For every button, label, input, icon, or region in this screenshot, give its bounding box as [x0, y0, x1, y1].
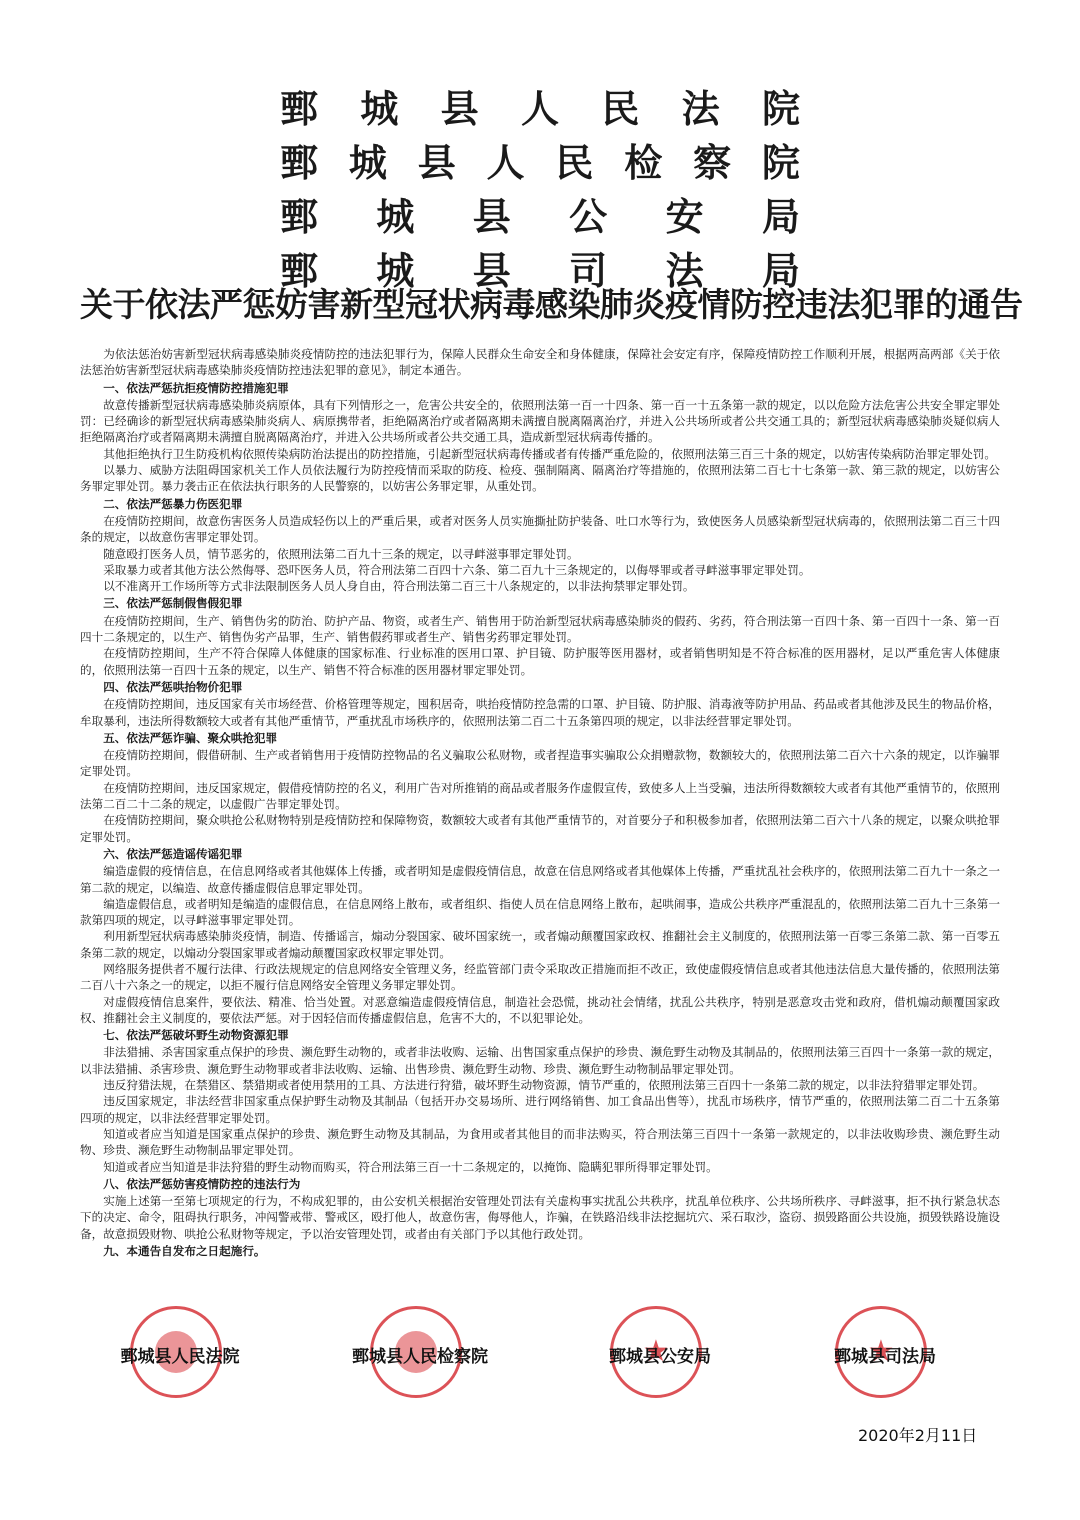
section-heading: 三、依法严惩制假售假犯罪	[80, 595, 1000, 611]
issuer-char: 民	[555, 136, 593, 190]
section-paragraph: 随意殴打医务人员，情节恶劣的，依照刑法第二百九十三条的规定，以寻衅滋事罪定罪处罚…	[80, 546, 1000, 562]
issuer-char: 人	[487, 136, 525, 190]
section-paragraph: 在疫情防控期间，假借研制、生产或者销售用于疫情防控物品的名义骗取公私财物，或者捏…	[80, 747, 1000, 780]
section-paragraph: 其他拒绝执行卫生防疫机构依照传染病防治法提出的防控措施，引起新型冠状病毒传播或者…	[80, 446, 1000, 462]
section-paragraph: 在疫情防控期间，生产、销售伪劣的防治、防护产品、物资，或者生产、销售用于防治新型…	[80, 613, 1000, 646]
issuer-char: 城	[376, 190, 414, 244]
section-paragraph: 非法猎捕、杀害国家重点保护的珍贵、濒危野生动物的，或者非法收购、运输、出售国家重…	[80, 1044, 1000, 1077]
issuer-char: 法	[682, 82, 720, 136]
issuer-char: 检	[624, 136, 662, 190]
section-paragraph: 利用新型冠状病毒感染肺炎疫情，制造、传播谣言，煽动分裂国家、破坏国家统一，或者煽…	[80, 928, 1000, 961]
signature-police: ★ 鄄城县公安局	[580, 1300, 740, 1410]
issuer-char: 局	[762, 190, 800, 244]
signature-label: 鄄城县人民检察院	[340, 1342, 500, 1367]
section-heading: 四、依法严惩哄抬物价犯罪	[80, 679, 1000, 695]
issuer-char: 察	[693, 136, 731, 190]
section-heading: 七、依法严惩破坏野生动物资源犯罪	[80, 1027, 1000, 1043]
notice-body: 为依法惩治妨害新型冠状病毒感染肺炎疫情防控的违法犯罪行为，保障人民群众生命安全和…	[80, 346, 1000, 1260]
section-paragraph: 编造虚假的疫情信息，在信息网络或者其他媒体上传播，或者明知是虚假疫情信息，故意在…	[80, 863, 1000, 896]
issuer-char: 县	[473, 190, 511, 244]
signature-label: 鄄城县公安局	[580, 1342, 740, 1367]
issuer-court: 鄄城县人民法院	[280, 82, 800, 136]
section-paragraph: 以暴力、威胁方法阻碍国家机关工作人员依法履行为防控疫情而采取的防疫、检疫、强制隔…	[80, 462, 1000, 495]
section-paragraph: 故意传播新型冠状病毒感染肺炎病原体，具有下列情形之一，危害公共安全的，依照刑法第…	[80, 397, 1000, 446]
issuer-char: 民	[601, 82, 639, 136]
issuer-char: 鄄	[280, 82, 318, 136]
section-heading: 九、本通告自发布之日起施行。	[80, 1243, 1000, 1259]
section-paragraph: 在疫情防控期间，生产不符合保障人体健康的国家标准、行业标准的医用口罩、护目镜、防…	[80, 645, 1000, 678]
section-paragraph: 在疫情防控期间，违反国家有关市场经营、价格管理等规定，囤积居奇，哄抬疫情防控急需…	[80, 696, 1000, 729]
issuer-char: 人	[521, 82, 559, 136]
issuer-char: 城	[360, 82, 398, 136]
section-heading: 二、依法严惩暴力伤医犯罪	[80, 496, 1000, 512]
sections-container: 一、依法严惩抗拒疫情防控措施犯罪故意传播新型冠状病毒感染肺炎病原体，具有下列情形…	[80, 380, 1000, 1260]
issuer-char: 院	[762, 136, 800, 190]
section-paragraph: 对虚假疫情信息案件，要依法、精准、恰当处置。对恶意编造虚假疫情信息，制造社会恐慌…	[80, 994, 1000, 1027]
notice-page: 鄄城县人民法院 鄄城县人民检察院 鄄城县公安局 鄄城县司法局 关于依法严惩妨害新…	[0, 0, 1080, 1520]
issuer-char: 鄄	[280, 190, 318, 244]
section-paragraph: 违反狩猎法规，在禁猎区、禁猎期或者使用禁用的工具、方法进行狩猎，破坏野生动物资源…	[80, 1077, 1000, 1093]
section-paragraph: 在疫情防控期间，违反国家规定，假借疫情防控的名义，利用广告对所推销的商品或者服务…	[80, 780, 1000, 813]
issuer-char: 鄄	[280, 136, 318, 190]
issuer-char: 县	[441, 82, 479, 136]
section-paragraph: 实施上述第一至第七项规定的行为，不构成犯罪的，由公安机关根据治安管理处罚法有关虚…	[80, 1193, 1000, 1242]
issuer-police: 鄄城县公安局	[280, 190, 800, 244]
section-heading: 六、依法严惩造谣传谣犯罪	[80, 846, 1000, 862]
issuer-char: 城	[349, 136, 387, 190]
section-paragraph: 在疫情防控期间，聚众哄抢公私财物特别是疫情防控和保障物资，数额较大或者有其他严重…	[80, 812, 1000, 845]
section-heading: 一、依法严惩抗拒疫情防控措施犯罪	[80, 380, 1000, 396]
section-paragraph: 以不准离开工作场所等方式非法限制医务人员人身自由，符合刑法第二百三十八条规定的，…	[80, 578, 1000, 594]
section-paragraph: 知道或者应当知道是非法狩猎的野生动物而购买，符合刑法第三百一十二条规定的，以掩饰…	[80, 1159, 1000, 1175]
section-heading: 八、依法严惩妨害疫情防控的违法行为	[80, 1176, 1000, 1192]
section-paragraph: 知道或者应当知道是国家重点保护的珍贵、濒危野生动物及其制品，为食用或者其他目的而…	[80, 1126, 1000, 1159]
signature-justice: ★ 鄄城县司法局	[805, 1300, 965, 1410]
issue-date: 2020年2月11日	[858, 1423, 977, 1446]
issuer-char: 公	[569, 190, 607, 244]
signature-court: 鄄城县人民法院	[100, 1300, 260, 1410]
signature-block: 鄄城县人民法院 鄄城县人民检察院 ★ 鄄城县公安局 ★ 鄄城县司法局	[100, 1300, 1000, 1410]
issuer-char: 安	[666, 190, 704, 244]
section-paragraph: 编造虚假信息，或者明知是编造的虚假信息，在信息网络上散布，或者组织、指使人员在信…	[80, 896, 1000, 929]
signature-procuratorate: 鄄城县人民检察院	[340, 1300, 500, 1410]
signature-label: 鄄城县司法局	[805, 1342, 965, 1367]
section-paragraph: 违反国家规定，非法经营非国家重点保护野生动物及其制品（包括开办交易场所、进行网络…	[80, 1093, 1000, 1126]
signature-label: 鄄城县人民法院	[100, 1342, 260, 1367]
issuing-agencies: 鄄城县人民法院 鄄城县人民检察院 鄄城县公安局 鄄城县司法局	[280, 82, 800, 298]
section-paragraph: 在疫情防控期间，故意伤害医务人员造成轻伤以上的严重后果，或者对医务人员实施撕扯防…	[80, 513, 1000, 546]
section-heading: 五、依法严惩诈骗、聚众哄抢犯罪	[80, 730, 1000, 746]
issuer-char: 县	[418, 136, 456, 190]
issuer-procuratorate: 鄄城县人民检察院	[280, 136, 800, 190]
notice-title: 关于依法严惩妨害新型冠状病毒感染肺炎疫情防控违法犯罪的通告	[80, 282, 1000, 328]
intro-paragraph: 为依法惩治妨害新型冠状病毒感染肺炎疫情防控的违法犯罪行为，保障人民群众生命安全和…	[80, 346, 1000, 379]
section-paragraph: 采取暴力或者其他方法公然侮辱、恐吓医务人员，符合刑法第二百四十六条、第二百九十三…	[80, 562, 1000, 578]
issuer-char: 院	[762, 82, 800, 136]
section-paragraph: 网络服务提供者不履行法律、行政法规规定的信息网络安全管理义务，经监管部门责令采取…	[80, 961, 1000, 994]
